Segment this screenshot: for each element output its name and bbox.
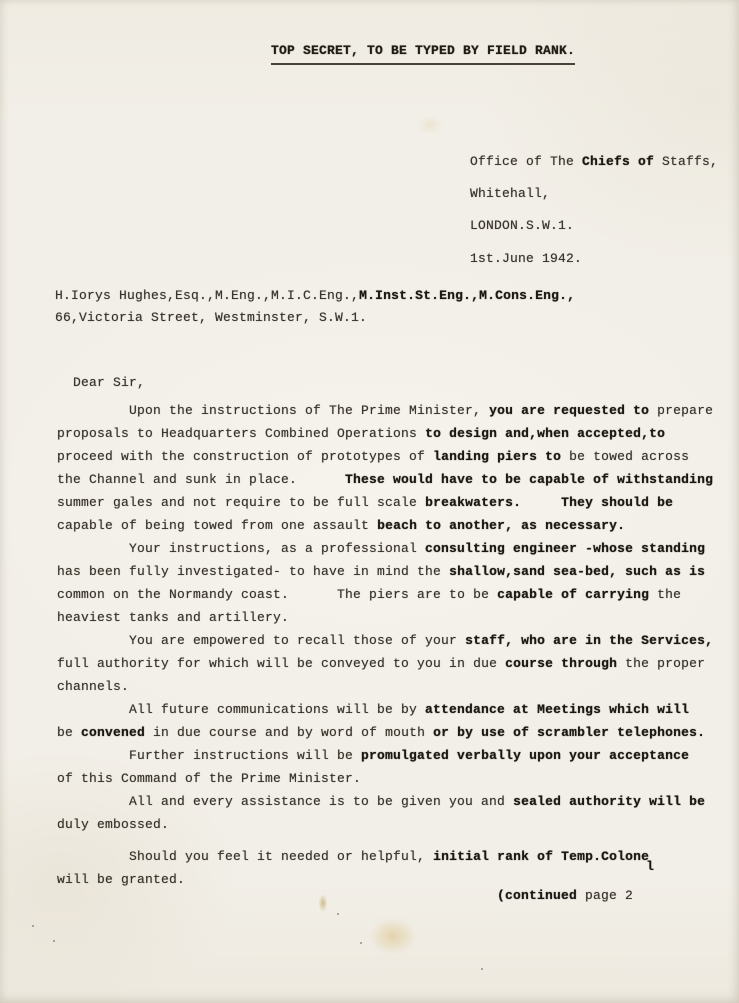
letter-line: heaviest tanks and artillery. xyxy=(57,606,725,629)
letter-line: LONDON.S.W.1. xyxy=(470,210,718,242)
letter-line: Office of The Chiefs of Staffs, xyxy=(470,146,718,178)
continuation-note: (continued page 2 xyxy=(497,884,633,907)
letter-line: be convened in due course and by word of… xyxy=(57,721,725,744)
paragraph: Upon the instructions of The Prime Minis… xyxy=(57,399,725,537)
sender-address-lines: Office of The Chiefs of Staffs,Whitehall… xyxy=(470,146,718,242)
letter-body: Upon the instructions of The Prime Minis… xyxy=(57,399,725,891)
letter-line: Your instructions, as a professional con… xyxy=(57,537,725,560)
scanned-letter-page: TOP SECRET, TO BE TYPED BY FIELD RANK. O… xyxy=(0,0,739,1003)
letter-line: All and every assistance is to be given … xyxy=(57,790,725,813)
paragraph: Further instructions will be promulgated… xyxy=(57,744,725,790)
paper-speck xyxy=(337,913,339,915)
letter-date: 1st.June 1942. xyxy=(470,243,718,275)
paragraph: Your instructions, as a professional con… xyxy=(57,537,725,629)
salutation: Dear Sir, xyxy=(73,371,145,394)
paragraph: You are empowered to recall those of you… xyxy=(57,629,725,698)
letter-line: 66,Victoria Street, Westminster, S.W.1. xyxy=(55,307,575,329)
paragraph: All and every assistance is to be given … xyxy=(57,790,725,836)
letter-line: proposals to Headquarters Combined Opera… xyxy=(57,422,725,445)
paper-speck xyxy=(53,940,55,942)
letter-line: All future communications will be by att… xyxy=(57,698,725,721)
dropped-character: l xyxy=(646,859,654,874)
letter-line: full authority for which will be conveye… xyxy=(57,652,725,675)
letter-line: of this Command of the Prime Minister. xyxy=(57,767,725,790)
letter-line: Should you feel it needed or helpful, in… xyxy=(57,845,725,868)
letter-line: duly embossed. xyxy=(57,813,725,836)
letter-line: summer gales and not require to be full … xyxy=(57,491,725,514)
letter-line: channels. xyxy=(57,675,725,698)
classification-banner: TOP SECRET, TO BE TYPED BY FIELD RANK. xyxy=(271,39,575,65)
letter-line: common on the Normandy coast. The piers … xyxy=(57,583,725,606)
letter-line: You are empowered to recall those of you… xyxy=(57,629,725,652)
sender-address-block: Office of The Chiefs of Staffs,Whitehall… xyxy=(470,146,718,275)
paper-speck xyxy=(32,925,34,927)
recipient-address-block: H.Iorys Hughes,Esq.,M.Eng.,M.I.C.Eng.,M.… xyxy=(55,285,575,329)
letter-line: proceed with the construction of prototy… xyxy=(57,445,725,468)
letter-line: the Channel and sunk in place. These wou… xyxy=(57,468,725,491)
paragraph: All future communications will be by att… xyxy=(57,698,725,744)
letter-line: H.Iorys Hughes,Esq.,M.Eng.,M.I.C.Eng.,M.… xyxy=(55,285,575,307)
letter-line: Whitehall, xyxy=(470,178,718,210)
letter-line: has been fully investigated- to have in … xyxy=(57,560,725,583)
letter-line: capable of being towed from one assault … xyxy=(57,514,725,537)
letter-line: Upon the instructions of The Prime Minis… xyxy=(57,399,725,422)
paper-speck xyxy=(360,942,362,944)
paper-speck xyxy=(481,968,483,970)
letter-line: Further instructions will be promulgated… xyxy=(57,744,725,767)
